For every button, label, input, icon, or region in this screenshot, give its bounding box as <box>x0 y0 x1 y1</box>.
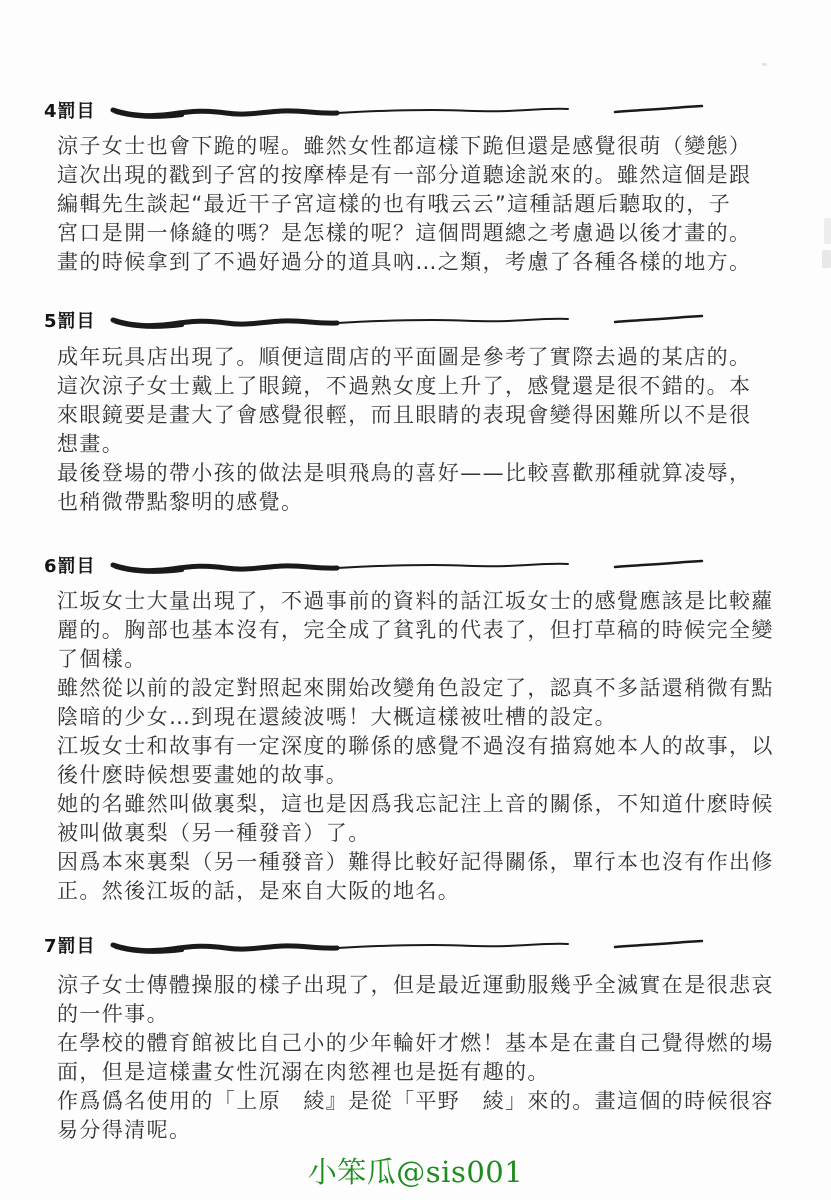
scan-artifact <box>824 218 831 244</box>
text-line: 最後登場的帶小孩的做法是唄飛鳥的喜好——比較喜歡那種就算凌辱， <box>57 459 787 488</box>
section-4-header: 4罰目 <box>44 101 705 123</box>
section-6: 6罰目 江坂女士大量出現了，不過事前的資料的話江坂女士的感覺應該是比較蘿 麗的。… <box>0 556 831 936</box>
scan-artifact <box>762 63 767 66</box>
text-line: 宮口是開一條縫的嗎？是怎樣的呢？這個問題總之考慮過以後才畫的。 <box>57 219 787 248</box>
section-7: 7罰目 涼子女士傳體操服的樣子出現了，但是最近運動服幾乎全滅實在是很悲哀 的一件… <box>0 936 831 1151</box>
text-line: 陰暗的少女…到現在還綾波嗎！大概這樣被吐槽的設定。 <box>57 703 787 732</box>
section-4: 4罰目 涼子女士也會下跪的喔。雖然女性都這樣下跪但還是感覺很萌（變態） 這次出現… <box>0 101 831 311</box>
watermark-text: 小笨瓜@sis001 <box>308 1150 523 1191</box>
section-7-heading: 7罰目 <box>44 936 96 958</box>
section-4-body: 涼子女士也會下跪的喔。雖然女性都這樣下跪但還是感覺很萌（變態） 這次出現的戳到子… <box>57 132 787 277</box>
text-line: 來眼鏡要是畫大了會感覺很輕，而且眼睛的表現會變得困難所以不是很 <box>57 401 787 430</box>
text-line: 成年玩具店出現了。順便這間店的平面圖是參考了實際去過的某店的。 <box>57 343 787 372</box>
section-5: 5罰目 成年玩具店出現了。順便這間店的平面圖是參考了實際去過的某店的。 這次涼子… <box>0 311 831 551</box>
hand-drawn-divider-line <box>110 103 705 121</box>
section-4-heading: 4罰目 <box>44 101 96 123</box>
section-5-heading: 5罰目 <box>44 311 96 333</box>
text-line: 也稍微帶點黎明的感覺。 <box>57 488 787 517</box>
text-line: 畫的時候拿到了不過好過分的道具吶…之類，考慮了各種各樣的地方。 <box>57 248 787 277</box>
text-line: 麗的。胸部也基本沒有，完全成了貧乳的代表了，但打草稿的時候完全變 <box>57 616 787 645</box>
text-line: 江坂女士和故事有一定深度的聯係的感覺不過沒有描寫她本人的故事，以 <box>57 732 787 761</box>
section-6-header: 6罰目 <box>44 556 705 578</box>
text-line: 涼子女士也會下跪的喔。雖然女性都這樣下跪但還是感覺很萌（變態） <box>57 132 787 161</box>
text-line: 了個樣。 <box>57 645 787 674</box>
text-line: 想畫。 <box>57 430 787 459</box>
scan-artifact <box>822 250 831 268</box>
text-line: 編輯先生談起“最近干子宮這樣的也有哦云云”這種話題后聽取的，子 <box>57 190 787 219</box>
text-line: 在學校的體育館被比自己小的少年輪奸才燃！基本是在畫自己覺得燃的場 <box>57 1029 787 1058</box>
text-line: 涼子女士傳體操服的樣子出現了，但是最近運動服幾乎全滅實在是很悲哀 <box>57 971 787 1000</box>
text-line: 這次出現的戳到子宮的按摩棒是有一部分道聽途説來的。雖然這個是跟 <box>57 161 787 190</box>
section-7-header: 7罰目 <box>44 936 705 958</box>
text-line: 面，但是這樣畫女性沉溺在肉慾裡也是挺有趣的。 <box>57 1058 787 1087</box>
hand-drawn-divider-line <box>110 938 705 956</box>
text-line: 正。然後江坂的話，是來自大阪的地名。 <box>57 877 787 906</box>
hand-drawn-divider-line <box>110 313 705 331</box>
scanned-page: 4罰目 涼子女士也會下跪的喔。雖然女性都這樣下跪但還是感覺很萌（變態） 這次出現… <box>0 0 831 1200</box>
text-line: 因爲本來裏梨（另一種發音）難得比較好記得關係，單行本也沒有作出修 <box>57 848 787 877</box>
text-line: 的一件事。 <box>57 1000 787 1029</box>
section-5-body: 成年玩具店出現了。順便這間店的平面圖是參考了實際去過的某店的。 這次涼子女士戴上… <box>57 343 787 517</box>
text-line: 易分得清呢。 <box>57 1116 787 1145</box>
section-6-body: 江坂女士大量出現了，不過事前的資料的話江坂女士的感覺應該是比較蘿 麗的。胸部也基… <box>57 587 787 906</box>
section-7-body: 涼子女士傳體操服的樣子出現了，但是最近運動服幾乎全滅實在是很悲哀 的一件事。 在… <box>57 971 787 1145</box>
text-line: 後什麽時候想要畫她的故事。 <box>57 761 787 790</box>
section-5-header: 5罰目 <box>44 311 705 333</box>
text-line: 這次涼子女士戴上了眼鏡，不過熟女度上升了，感覺還是很不錯的。本 <box>57 372 787 401</box>
text-line: 雖然從以前的設定對照起來開始改變角色設定了，認真不多話還稍微有點 <box>57 674 787 703</box>
section-6-heading: 6罰目 <box>44 556 96 578</box>
text-line: 作爲僞名使用的「上原 綾』是從「平野 綾」來的。畫這個的時候很容 <box>57 1087 787 1116</box>
text-line: 被叫做裏梨（另一種發音）了。 <box>57 819 787 848</box>
text-line: 江坂女士大量出現了，不過事前的資料的話江坂女士的感覺應該是比較蘿 <box>57 587 787 616</box>
text-line: 她的名雖然叫做裏梨，這也是因爲我忘記注上音的關係，不知道什麽時候 <box>57 790 787 819</box>
hand-drawn-divider-line <box>110 558 705 576</box>
